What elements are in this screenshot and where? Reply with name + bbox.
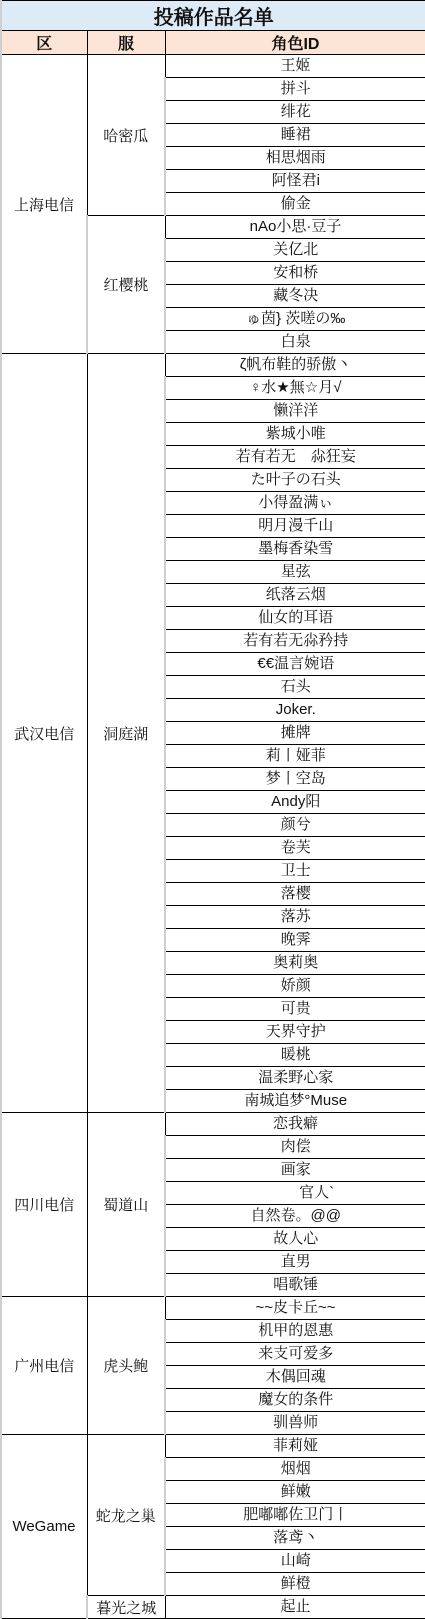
role-id-cell[interactable]: 故人心: [165, 1228, 425, 1251]
role-id-cell[interactable]: た叶子の石头: [165, 469, 425, 492]
role-id-cell[interactable]: 安和桥: [165, 262, 425, 285]
server-cell[interactable]: 暮光之城: [87, 1596, 165, 1619]
column-header-region[interactable]: 区: [1, 31, 87, 55]
role-id-cell[interactable]: 暖桃: [165, 1044, 425, 1067]
role-id-cell[interactable]: 娇颜: [165, 975, 425, 998]
role-id-cell[interactable]: 鲜橙: [165, 1573, 425, 1596]
header-row: 区 服 角色ID: [1, 31, 425, 55]
role-id-cell[interactable]: 晚霁: [165, 929, 425, 952]
role-id-cell[interactable]: 奥莉奥: [165, 952, 425, 975]
role-id-cell[interactable]: 南城追梦°Muse: [165, 1090, 425, 1113]
sheet-title: 投稿作品名单: [1, 1, 425, 31]
role-id-cell[interactable]: 小得盈满ぃ: [165, 492, 425, 515]
role-id-cell[interactable]: 紫城小唯: [165, 423, 425, 446]
role-id-cell[interactable]: 墨梅香染雪: [165, 538, 425, 561]
role-id-cell[interactable]: 落苏: [165, 906, 425, 929]
role-id-cell[interactable]: 菲莉娅: [165, 1435, 425, 1458]
role-id-cell[interactable]: 来支可爱多: [165, 1343, 425, 1366]
role-id-cell[interactable]: 颜兮: [165, 814, 425, 837]
role-id-cell[interactable]: 纸落云烟: [165, 584, 425, 607]
role-id-cell[interactable]: 肥嘟嘟佐卫门丨: [165, 1504, 425, 1527]
role-id-cell[interactable]: 卷芙: [165, 837, 425, 860]
role-id-cell[interactable]: 木偶回魂: [165, 1366, 425, 1389]
role-id-cell[interactable]: 肉偿: [165, 1136, 425, 1159]
role-id-cell[interactable]: ゅ茵} 茨嗟の‰: [165, 308, 425, 331]
role-id-cell[interactable]: 官人`: [165, 1182, 425, 1205]
region-cell[interactable]: 武汉电信: [1, 354, 87, 1113]
role-id-cell[interactable]: 白泉: [165, 331, 425, 354]
role-id-cell[interactable]: 梦丨空岛: [165, 768, 425, 791]
role-id-cell[interactable]: 藏冬决: [165, 285, 425, 308]
role-id-cell[interactable]: 鲜嫩: [165, 1481, 425, 1504]
role-id-cell[interactable]: 拼斗: [165, 78, 425, 101]
table-row: 上海电信哈密瓜王姬: [1, 55, 425, 78]
submission-list-table: 投稿作品名单 区 服 角色ID 上海电信哈密瓜王姬拼斗绯花睡裙相思烟雨阿怪君i偷…: [0, 0, 425, 1619]
server-cell[interactable]: 虎头鲍: [87, 1297, 165, 1435]
role-id-cell[interactable]: 机甲的恩惠: [165, 1320, 425, 1343]
role-id-cell[interactable]: 唱歌锤: [165, 1274, 425, 1297]
role-id-cell[interactable]: 画家: [165, 1159, 425, 1182]
role-id-cell[interactable]: 卫士: [165, 860, 425, 883]
role-id-cell[interactable]: 若有若无尛矜持: [165, 630, 425, 653]
role-id-cell[interactable]: 明月漫千山: [165, 515, 425, 538]
role-id-cell[interactable]: 落樱: [165, 883, 425, 906]
role-id-cell[interactable]: 自然卷。@@: [165, 1205, 425, 1228]
server-cell[interactable]: 哈密瓜: [87, 55, 165, 216]
role-id-cell[interactable]: 若有若无 尛狂妄: [165, 446, 425, 469]
role-id-cell[interactable]: 落鸢丶: [165, 1527, 425, 1550]
role-id-cell[interactable]: 驯兽师: [165, 1412, 425, 1435]
role-id-cell[interactable]: 懒洋洋: [165, 400, 425, 423]
server-cell[interactable]: 蛇龙之巢: [87, 1435, 165, 1596]
role-id-cell[interactable]: 烟烟: [165, 1458, 425, 1481]
role-id-cell[interactable]: 天界守护: [165, 1021, 425, 1044]
role-id-cell[interactable]: 温柔野心家: [165, 1067, 425, 1090]
table-row: 广州电信虎头鲍~~皮卡丘~~: [1, 1297, 425, 1320]
region-cell[interactable]: WeGame: [1, 1435, 87, 1619]
role-id-cell[interactable]: 仙女的耳语: [165, 607, 425, 630]
column-header-server[interactable]: 服: [87, 31, 165, 55]
role-id-cell[interactable]: 起止: [165, 1596, 425, 1619]
role-id-cell[interactable]: Andy阳: [165, 791, 425, 814]
role-id-cell[interactable]: 魔女的条件: [165, 1389, 425, 1412]
role-id-cell[interactable]: €€温言婉语: [165, 653, 425, 676]
role-id-cell[interactable]: 可贵: [165, 998, 425, 1021]
region-cell[interactable]: 广州电信: [1, 1297, 87, 1435]
role-id-cell[interactable]: 恋我癖: [165, 1113, 425, 1136]
column-header-role-id[interactable]: 角色ID: [165, 31, 425, 55]
role-id-cell[interactable]: 山崎: [165, 1550, 425, 1573]
region-cell[interactable]: 上海电信: [1, 55, 87, 354]
region-cell[interactable]: 四川电信: [1, 1113, 87, 1297]
role-id-cell[interactable]: 关亿北: [165, 239, 425, 262]
role-id-cell[interactable]: 直男: [165, 1251, 425, 1274]
title-row: 投稿作品名单: [1, 1, 425, 31]
role-id-cell[interactable]: 星弦: [165, 561, 425, 584]
role-id-cell[interactable]: 莉丨娅菲: [165, 745, 425, 768]
server-cell[interactable]: 红樱桃: [87, 216, 165, 354]
table-row: 四川电信蜀道山恋我癖: [1, 1113, 425, 1136]
role-id-cell[interactable]: 摊牌: [165, 722, 425, 745]
role-id-cell[interactable]: 偷金: [165, 193, 425, 216]
table-row: 武汉电信洞庭湖ζ帆布鞋的骄傲丶: [1, 354, 425, 377]
role-id-cell[interactable]: 相思烟雨: [165, 147, 425, 170]
server-cell[interactable]: 蜀道山: [87, 1113, 165, 1297]
role-id-cell[interactable]: 石头: [165, 676, 425, 699]
role-id-cell[interactable]: 睡裙: [165, 124, 425, 147]
role-id-cell[interactable]: 阿怪君i: [165, 170, 425, 193]
role-id-cell[interactable]: ζ帆布鞋的骄傲丶: [165, 354, 425, 377]
role-id-cell[interactable]: ♀水★無☆月√: [165, 377, 425, 400]
table-body: 上海电信哈密瓜王姬拼斗绯花睡裙相思烟雨阿怪君i偷金红樱桃nAo小思·豆子关亿北安…: [1, 55, 425, 1619]
role-id-cell[interactable]: ~~皮卡丘~~: [165, 1297, 425, 1320]
role-id-cell[interactable]: 绯花: [165, 101, 425, 124]
role-id-cell[interactable]: 王姬: [165, 55, 425, 78]
role-id-cell[interactable]: nAo小思·豆子: [165, 216, 425, 239]
table-row: WeGame蛇龙之巢菲莉娅: [1, 1435, 425, 1458]
server-cell[interactable]: 洞庭湖: [87, 354, 165, 1113]
role-id-cell[interactable]: Joker.: [165, 699, 425, 722]
